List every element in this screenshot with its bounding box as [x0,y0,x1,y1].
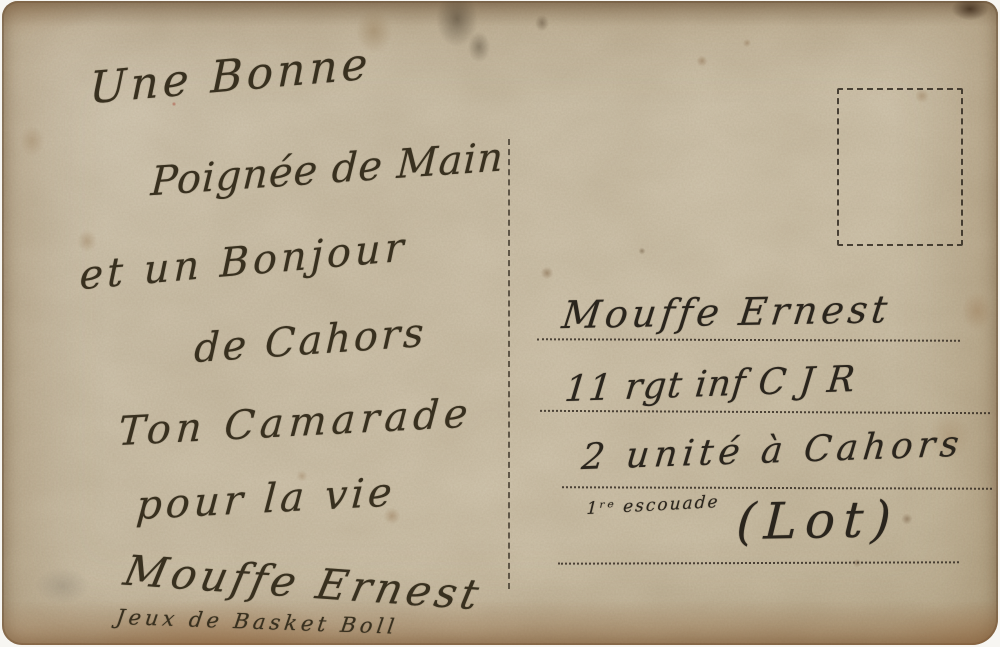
scanned-image: Une Bonne Poignée de Main et un Bonjour … [0,0,1000,647]
message-line-4: de Cahors [193,310,427,372]
address-regiment: 11 rgt inf C J R [563,359,858,410]
message-line-3: et un Bonjour [79,224,408,299]
message-line-1: Une Bonne [89,38,372,114]
address-department: (Lot) [735,490,900,551]
stamp-box [837,88,963,246]
address-rule-1 [537,338,960,341]
message-line-6: pour la vie [135,469,398,529]
address-unit-city: 2 unité à Cahors [580,424,966,479]
message-line-5: Ton Camarade [117,390,474,455]
address-name: Mouffe Ernest [560,287,894,337]
address-squad-note: 1ʳᵉ escouade [586,492,720,519]
message-line-2: Poignée de Main [150,134,506,205]
postcard-back: Une Bonne Poignée de Main et un Bonjour … [2,1,998,645]
address-rule-2 [540,410,990,414]
divider-line [508,139,510,589]
address-rule-3 [562,486,992,490]
address-rule-4 [558,561,959,564]
